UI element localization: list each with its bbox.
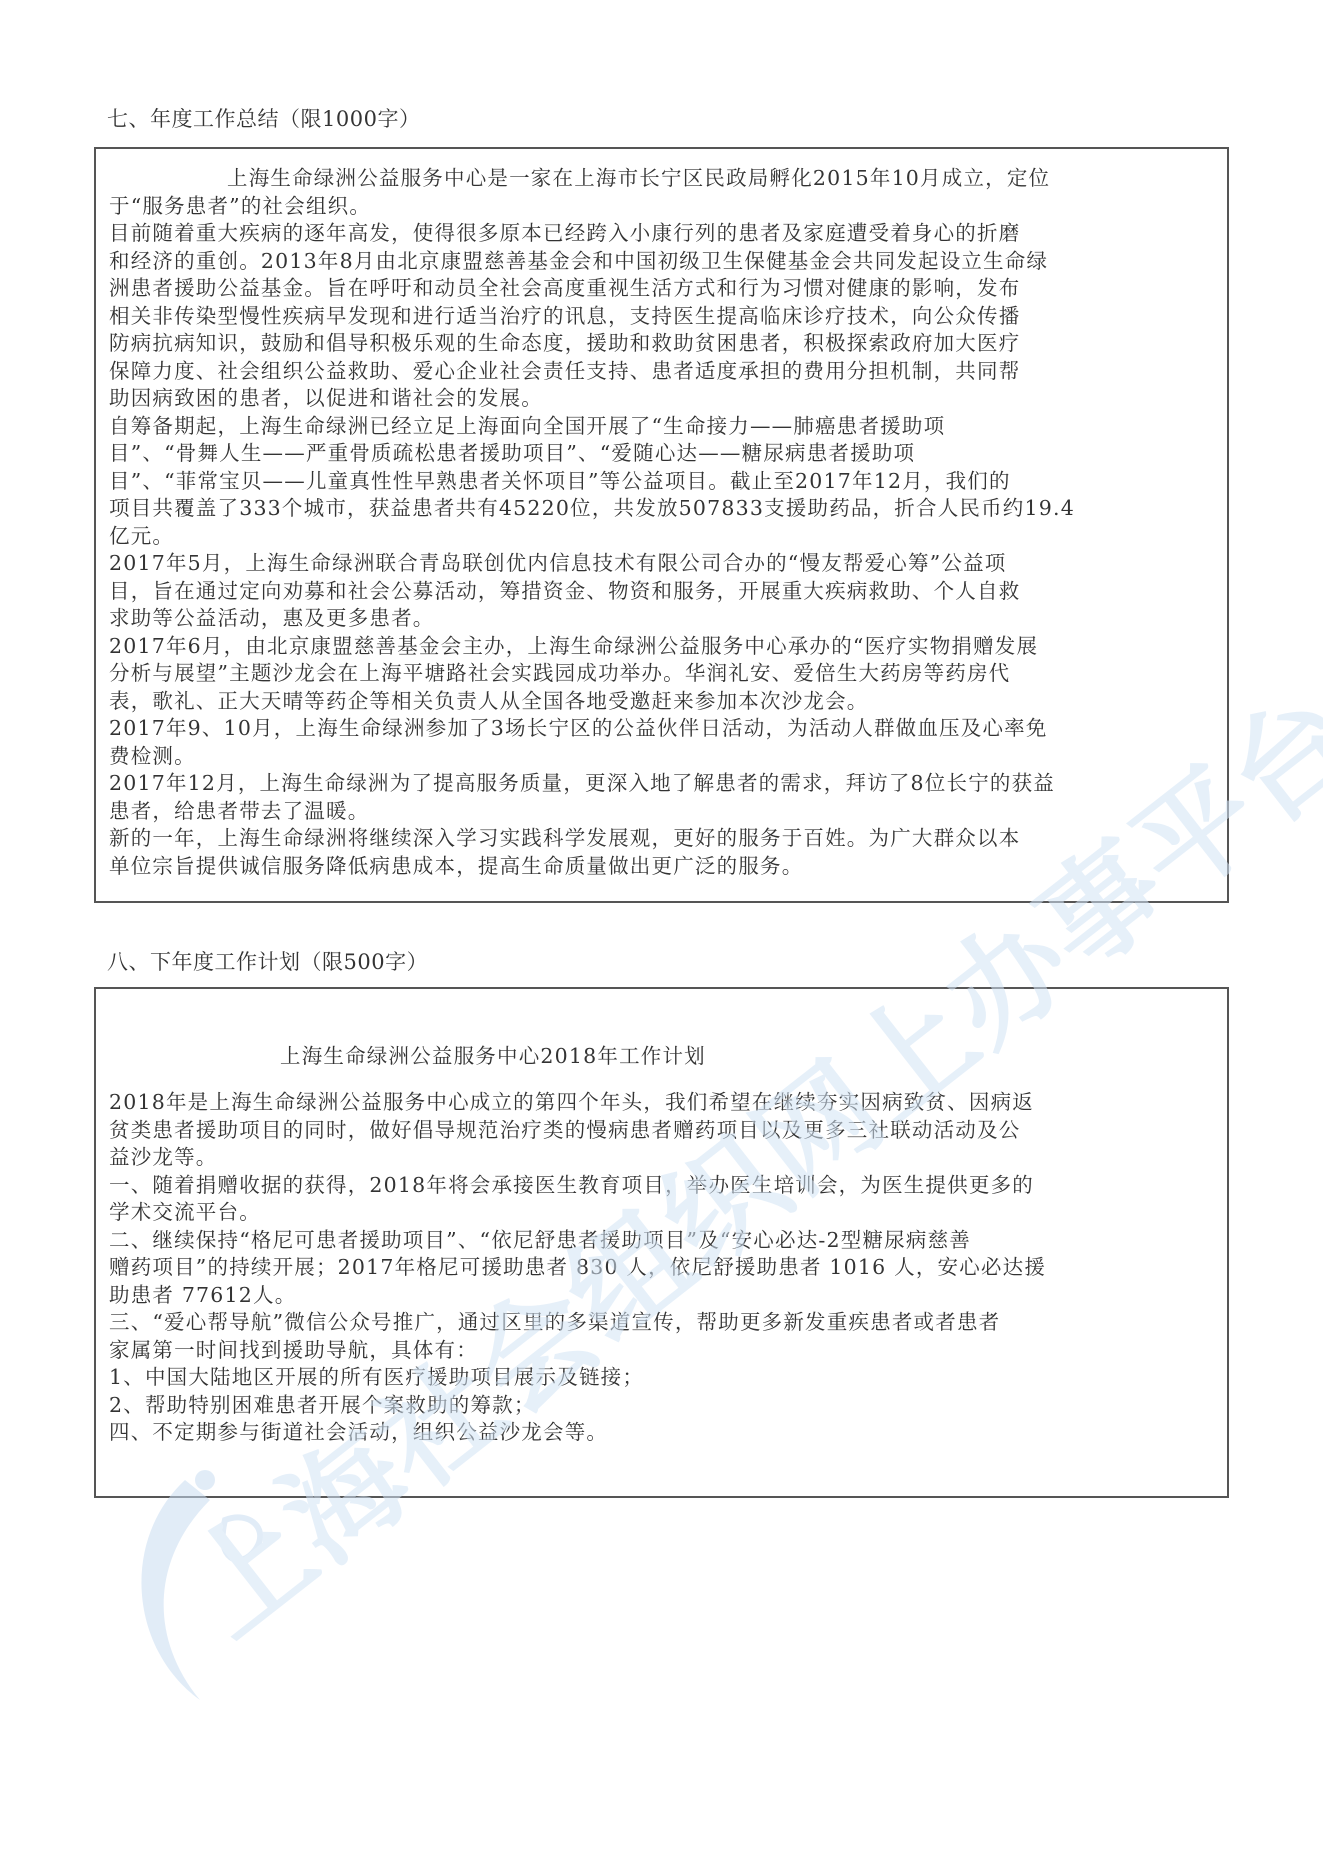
plan-line: 赠药项目”的持续开展；2017年格尼可援助患者 830 人，依尼舒援助患者 10…	[109, 1254, 1189, 1282]
summary-line: 上海生命绿洲公益服务中心是一家在上海市长宁区民政局孵化2015年10月成立，定位	[109, 165, 1189, 193]
summary-line: 目”、“菲常宝贝——儿童真性性早熟患者关怀项目”等公益项目。截止至2017年12…	[109, 468, 1189, 496]
summary-line: 求助等公益活动，惠及更多患者。	[109, 605, 1189, 633]
summary-line: 分析与展望”主题沙龙会在上海平塘路社会实践园成功举办。华润礼安、爱倍生大药房等药…	[109, 660, 1189, 688]
summary-line: 于“服务患者”的社会组织。	[109, 193, 1189, 221]
summary-line: 患者，给患者带去了温暖。	[109, 798, 1189, 826]
plan-line: 学术交流平台。	[109, 1199, 1189, 1227]
summary-line: 亿元。	[109, 523, 1189, 551]
summary-line: 项目共覆盖了333个城市，获益患者共有45220位，共发放507833支援助药品…	[109, 495, 1189, 523]
summary-line: 洲患者援助公益基金。旨在呼吁和动员全社会高度重视生活方式和行为习惯对健康的影响，…	[109, 275, 1189, 303]
plan-line: 三、“爱心帮导航”微信公众号推广，通过区里的多渠道宣传，帮助更多新发重疾患者或者…	[109, 1309, 1189, 1337]
summary-line: 相关非传染型慢性疾病早发现和进行适当治疗的讯息，支持医生提高临床诊疗技术，向公众…	[109, 303, 1189, 331]
section-8-title: 八、下年度工作计划（限500字）	[107, 948, 428, 976]
summary-line: 目”、“骨舞人生——严重骨质疏松患者援助项目”、“爱随心达——糖尿病患者援助项	[109, 440, 1189, 468]
summary-line: 单位宗旨提供诚信服务降低病患成本，提高生命质量做出更广泛的服务。	[109, 853, 1189, 881]
summary-line: 表，歌礼、正大天晴等药企等相关负责人从全国各地受邀赶来参加本次沙龙会。	[109, 688, 1189, 716]
summary-line: 费检测。	[109, 743, 1189, 771]
summary-line: 目前随着重大疾病的逐年高发，使得很多原本已经跨入小康行列的患者及家庭遭受着身心的…	[109, 220, 1189, 248]
summary-line: 2017年12月，上海生命绿洲为了提高服务质量，更深入地了解患者的需求，拜访了8…	[109, 770, 1189, 798]
plan-line: 2018年是上海生命绿洲公益服务中心成立的第四个年头，我们希望在继续夯实因病致贫…	[109, 1089, 1189, 1117]
annual-summary-text: 上海生命绿洲公益服务中心是一家在上海市长宁区民政局孵化2015年10月成立，定位…	[109, 165, 1189, 880]
plan-line: 一、随着捐赠收据的获得，2018年将会承接医生教育项目，举办医生培训会，为医生提…	[109, 1172, 1189, 1200]
summary-line: 和经济的重创。2013年8月由北京康盟慈善基金会和中国初级卫生保健基金会共同发起…	[109, 248, 1189, 276]
plan-line: 四、不定期参与街道社会活动，组织公益沙龙会等。	[109, 1419, 1189, 1447]
summary-line: 防病抗病知识，鼓励和倡导积极乐观的生命态度，援助和救助贫困患者，积极探索政府加大…	[109, 330, 1189, 358]
summary-line: 目，旨在通过定向劝募和社会公募活动，筹措资金、物资和服务，开展重大疾病救助、个人…	[109, 578, 1189, 606]
plan-line: 贫类患者援助项目的同时，做好倡导规范治疗类的慢病患者赠药项目以及更多三社联动活动…	[109, 1117, 1189, 1145]
summary-line: 2017年9、10月，上海生命绿洲参加了3场长宁区的公益伙伴日活动，为活动人群做…	[109, 715, 1189, 743]
plan-line: 助患者 77612人。	[109, 1282, 1189, 1310]
summary-line: 保障力度、社会组织公益救助、爱心企业社会责任支持、患者适度承担的费用分担机制，共…	[109, 358, 1189, 386]
plan-line: 1、中国大陆地区开展的所有医疗援助项目展示及链接；	[109, 1364, 1189, 1392]
plan-heading: 上海生命绿洲公益服务中心2018年工作计划	[280, 1039, 706, 1069]
plan-line: 家属第一时间找到援助导航，具体有：	[109, 1337, 1189, 1365]
summary-line: 2017年5月，上海生命绿洲联合青岛联创优内信息技术有限公司合办的“慢友帮爱心筹…	[109, 550, 1189, 578]
next-year-plan-box: 上海生命绿洲公益服务中心2018年工作计划 2018年是上海生命绿洲公益服务中心…	[94, 987, 1229, 1498]
plan-line: 二、继续保持“格尼可患者援助项目”、“依尼舒患者援助项目”及“安心必达-2型糖尿…	[109, 1227, 1189, 1255]
summary-line: 2017年6月，由北京康盟慈善基金会主办，上海生命绿洲公益服务中心承办的“医疗实…	[109, 633, 1189, 661]
summary-line: 助因病致困的患者，以促进和谐社会的发展。	[109, 385, 1189, 413]
plan-line: 2、帮助特别困难患者开展个案救助的筹款；	[109, 1392, 1189, 1420]
summary-line: 新的一年，上海生命绿洲将继续深入学习实践科学发展观，更好的服务于百姓。为广大群众…	[109, 825, 1189, 853]
summary-line: 自筹备期起，上海生命绿洲已经立足上海面向全国开展了“生命接力——肺癌患者援助项	[109, 413, 1189, 441]
plan-text: 2018年是上海生命绿洲公益服务中心成立的第四个年头，我们希望在继续夯实因病致贫…	[109, 1089, 1189, 1447]
section-7-title: 七、年度工作总结（限1000字）	[107, 105, 420, 133]
annual-summary-box: 上海生命绿洲公益服务中心是一家在上海市长宁区民政局孵化2015年10月成立，定位…	[94, 147, 1229, 903]
plan-line: 益沙龙等。	[109, 1144, 1189, 1172]
watermark-logo-icon	[141, 1470, 260, 1700]
